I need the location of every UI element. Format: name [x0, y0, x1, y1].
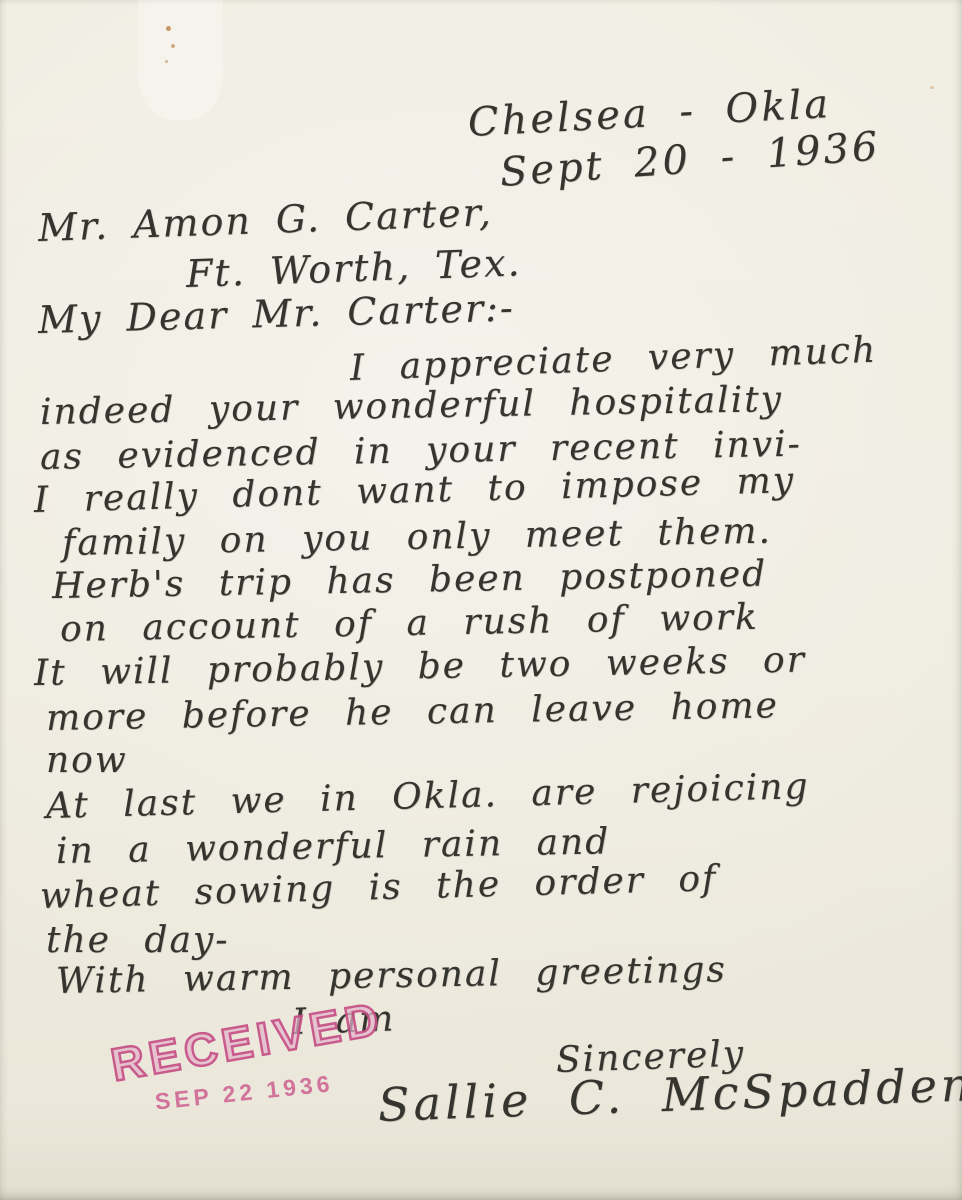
- rust-speck: [166, 26, 171, 31]
- body-line: I appreciate very much: [349, 330, 878, 389]
- body-line: At last we in Okla. are rejoicing: [45, 766, 810, 827]
- salutation: My Dear Mr. Carter:-: [37, 286, 515, 342]
- body-line: more before he can leave home: [46, 685, 780, 739]
- body-line: indeed your wonderful hospitality: [40, 379, 784, 433]
- rust-speck: [165, 60, 168, 63]
- signature: Sallie C. McSpadden: [377, 1057, 962, 1132]
- recipient-name: Mr. Amon G. Carter,: [37, 190, 493, 250]
- letter-page: Chelsea - Okla Sept 20 - 1936 Mr. Amon G…: [0, 0, 962, 1200]
- body-line: the day-: [46, 920, 229, 961]
- tape-residue-patch: [138, 0, 223, 120]
- received-stamp: RECEIVED SEP 22 1936: [107, 992, 417, 1126]
- rust-speck: [930, 86, 934, 89]
- body-line: now: [46, 740, 128, 781]
- rust-speck: [171, 44, 175, 48]
